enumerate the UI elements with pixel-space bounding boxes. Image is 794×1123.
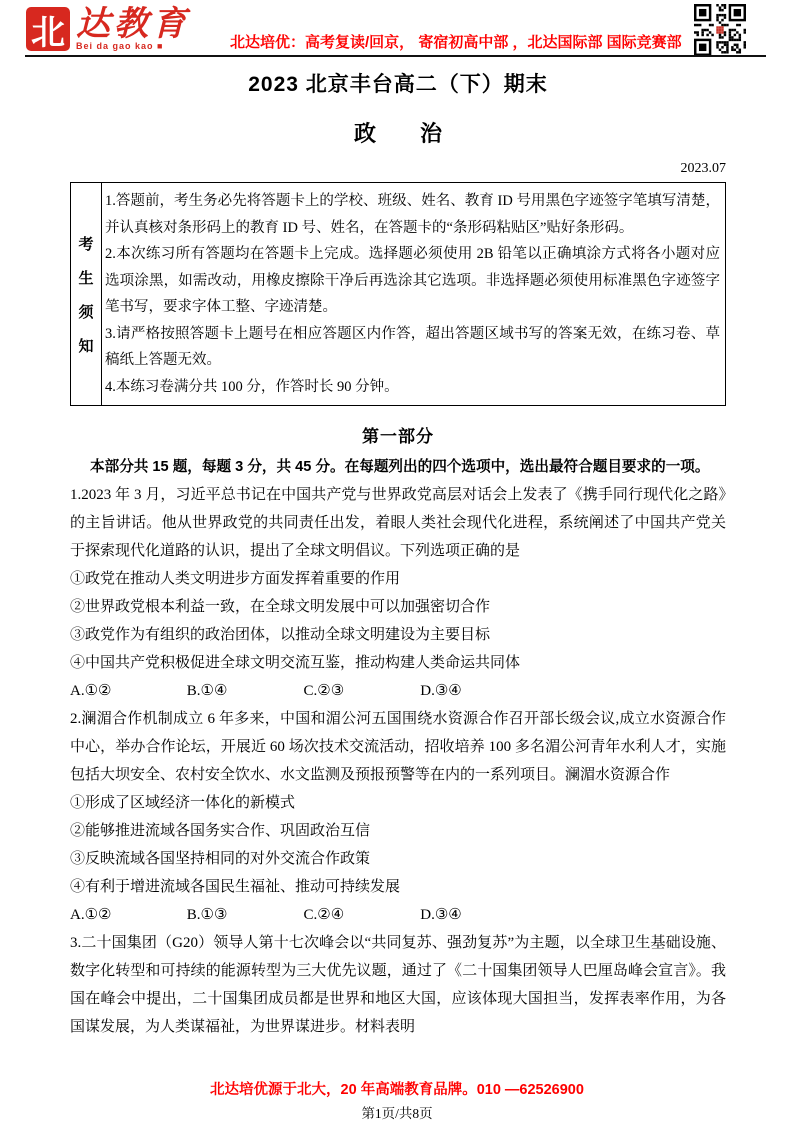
logo-square-icon: 北	[26, 7, 70, 51]
exam-page: 北 达教育 Bei da gao kao ■ 北达培优：高考复读/回京， 寄宿初…	[0, 0, 794, 1123]
notice-item: 4.本练习卷满分共 100 分，作答时长 90 分钟。	[105, 374, 720, 401]
notice-side-char: 考	[78, 233, 93, 254]
question-option: ④有利于增进流域各国民生福祉、推动可持续发展	[70, 873, 726, 901]
header-divider	[25, 55, 766, 57]
choice-b: B.①④	[187, 677, 300, 705]
question-option: ①政党在推动人类文明进步方面发挥着重要的作用	[70, 565, 726, 593]
logo-text-block: 达教育 Bei da gao kao ■	[76, 7, 190, 51]
question-3: 3.二十国集团（G20）领导人第十七次峰会以“共同复苏、强劲复苏”为主题，以全球…	[70, 929, 726, 1041]
candidate-notice-box: 考 生 须 知 1.答题前，考生务必先将答题卡上的学校、班级、姓名、教育 ID …	[70, 182, 726, 406]
notice-side-label: 考 生 须 知	[71, 183, 102, 405]
brand-subtitle: Bei da gao kao ■	[76, 42, 190, 51]
question-2: 2.澜湄合作机制成立 6 年多来，中国和湄公河五国围绕水资源合作召开部长级会议,…	[70, 705, 726, 929]
question-1: 1.2023 年 3 月，习近平总书记在中国共产党与世界政党高层对话会上发表了《…	[70, 481, 726, 705]
notice-side-char: 须	[78, 301, 93, 322]
choice-d: D.③④	[420, 677, 461, 705]
choice-d: D.③④	[420, 901, 461, 929]
choice-a: A.①②	[70, 901, 183, 929]
notice-item: 2.本次练习所有答题均在答题卡上完成。选择题必须使用 2B 铅笔以正确填涂方式将…	[105, 241, 720, 321]
footer-promo: 北达培优源于北大，20 年高端教育品牌。010 —62526900	[0, 1078, 794, 1099]
question-option: ①形成了区域经济一体化的新模式	[70, 789, 726, 817]
choice-b: B.①③	[187, 901, 300, 929]
notice-item: 3.请严格按照答题卡上题号在相应答题区内作答，超出答题区域书写的答案无效，在练习…	[105, 321, 720, 374]
notice-content: 1.答题前，考生务必先将答题卡上的学校、班级、姓名、教育 ID 号用黑色字迹签字…	[102, 183, 725, 405]
question-option: ②世界政党根本利益一致，在全球文明发展中可以加强密切合作	[70, 593, 726, 621]
choice-c: C.②④	[304, 901, 417, 929]
exam-date: 2023.07	[70, 161, 726, 177]
notice-side-char: 生	[78, 267, 93, 288]
part1-instruction: 本部分共 15 题，每题 3 分，共 45 分。在每题列出的四个选项中，选出最符…	[70, 453, 726, 481]
answer-choices: A.①② B.①③ C.②④ D.③④	[70, 901, 726, 929]
answer-choices: A.①② B.①④ C.②③ D.③④	[70, 677, 726, 705]
question-option: ③政党作为有组织的政治团体，以推动全球文明建设为主要目标	[70, 621, 726, 649]
notice-item: 1.答题前，考生务必先将答题卡上的学校、班级、姓名、教育 ID 号用黑色字迹签字…	[105, 188, 720, 241]
question-stem: 1.2023 年 3 月，习近平总书记在中国共产党与世界政党高层对话会上发表了《…	[70, 481, 726, 565]
brand-logo: 北 达教育 Bei da gao kao ■	[26, 7, 190, 51]
question-option: ④中国共产党积极促进全球文明交流互鉴，推动构建人类命运共同体	[70, 649, 726, 677]
document-body: 2023 北京丰台高二（下）期末 政 治 2023.07 考 生 须 知 1.答…	[70, 60, 726, 1041]
question-stem: 2.澜湄合作机制成立 6 年多来，中国和湄公河五国围绕水资源合作召开部长级会议,…	[70, 705, 726, 789]
page-header: 北 达教育 Bei da gao kao ■ 北达培优：高考复读/回京， 寄宿初…	[0, 0, 794, 57]
logo-square-char: 北	[31, 5, 65, 54]
qr-code-icon	[694, 4, 746, 56]
choice-c: C.②③	[304, 677, 417, 705]
question-stem: 3.二十国集团（G20）领导人第十七次峰会以“共同复苏、强劲复苏”为主题，以全球…	[70, 929, 726, 1041]
choice-a: A.①②	[70, 677, 183, 705]
brand-name: 达教育	[76, 7, 190, 43]
question-option: ②能够推进流域各国务实合作、巩固政治互信	[70, 817, 726, 845]
part1-heading: 第一部分	[70, 422, 726, 447]
notice-side-char: 知	[78, 335, 93, 356]
header-slogan: 北达培优：高考复读/回京， 寄宿初高中部 ，北达国际部 国际竞赛部	[230, 31, 682, 52]
exam-title: 2023 北京丰台高二（下）期末	[70, 68, 726, 98]
question-option: ③反映流域各国坚持相同的对外交流合作政策	[70, 845, 726, 873]
exam-subject: 政 治	[70, 117, 726, 148]
page-number: 第1页/共8页	[0, 1102, 794, 1122]
